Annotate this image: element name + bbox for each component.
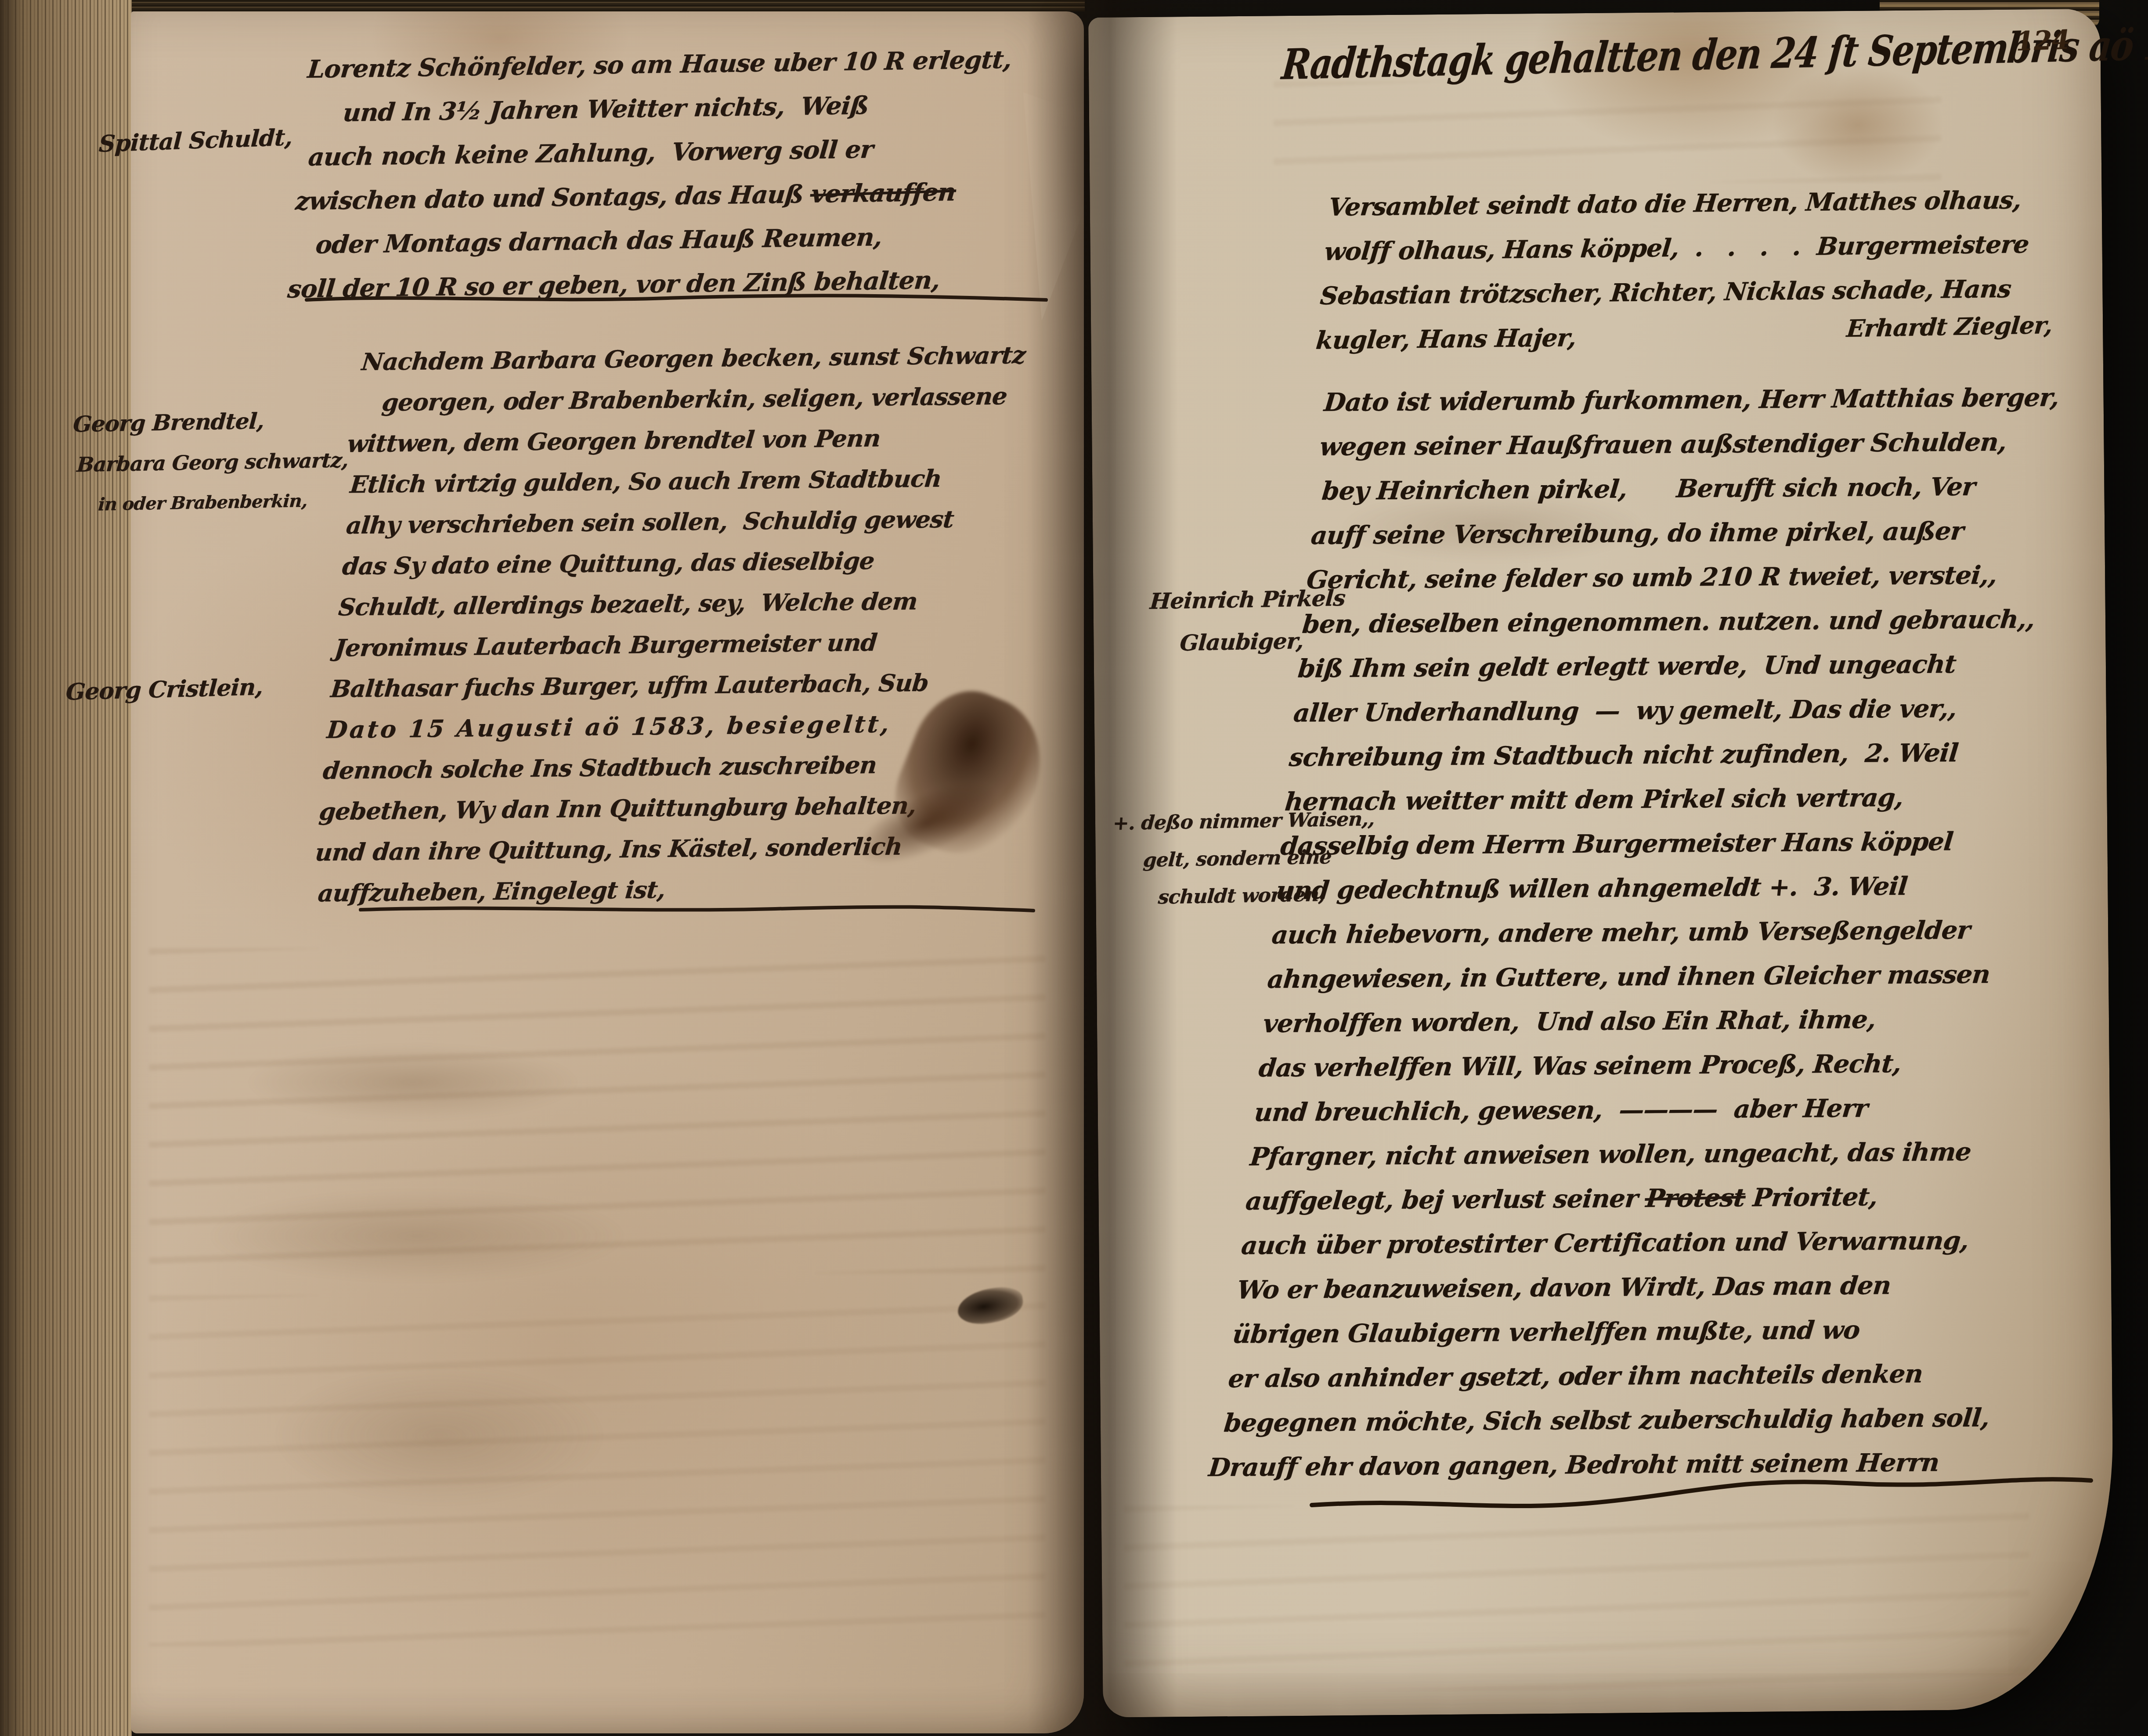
council-record-body: Dato ist widerumb furkommen, Herr Matthi…	[1217, 375, 2091, 1490]
closing-flourish	[1307, 1458, 2097, 1519]
text-line: georgen, oder Brabenberkin, seligen, ver…	[380, 375, 1023, 423]
text-line: Dato 15 Augusti aö 1583, besiegeltt,	[325, 702, 993, 750]
margin-note-georg-brendtel: Georg Brendtel,Barbara Georg schwartz,in…	[66, 399, 352, 525]
bleedthrough-right-top	[1274, 81, 1941, 182]
text-line: biß Ihm sein geldt erlegtt werde, Und un…	[1296, 641, 2065, 691]
margin-note-georg-cristlein: Georg Cristlein,	[65, 674, 264, 706]
text-line: und breuchlich, gewesen, ———— aber Herr	[1253, 1085, 2022, 1135]
text-line: Schuldt, allerdings bezaelt, sey, Welche…	[336, 580, 1004, 628]
text-line: Dato ist widerumb furkommen, Herr Matthi…	[1322, 375, 2091, 425]
text-line: begegnen möchte, Sich selbst zuberschuld…	[1222, 1395, 1991, 1445]
text-line: das Sy dato eine Quittung, das dieselbig…	[340, 539, 1008, 587]
text-line: dasselbig dem Herrn Burgermeister Hans k…	[1278, 819, 2048, 868]
text-line: Georg Cristlein,	[65, 674, 264, 706]
text-line: Jeronimus Lauterbach Burgermeister und	[333, 621, 1000, 669]
text-line: ben, dieselben eingenommen. nutzen. und …	[1300, 597, 2070, 646]
text-line: hernach weitter mitt dem Pirkel sich ver…	[1283, 774, 2052, 824]
folio-page-number: 124	[2015, 25, 2070, 57]
text-line: verholffen worden, Und also Ein Rhat, ih…	[1261, 996, 2030, 1046]
text-line: ahngewiesen, in Guttere, und ihnen Gleic…	[1265, 952, 2035, 1001]
text-line: in oder Brabenberkin,	[97, 480, 347, 525]
text-line: Pfargner, nicht anweisen wollen, ungeach…	[1248, 1129, 2018, 1179]
text-line: Versamblet seindt dato die Herren, Matth…	[1326, 178, 2035, 230]
text-line: alhy verschrieben sein sollen, Schuldig …	[344, 498, 1012, 546]
attendance-name-right: Erhardt Ziegler,	[1845, 311, 2054, 342]
text-line: das verhelffen Will, Was seinem Proceß, …	[1256, 1041, 2026, 1090]
book-fore-edge	[0, 0, 132, 1736]
text-line: Nachdem Barbara Georgen becken, sunst Sc…	[360, 335, 1027, 382]
text-line: Georg Brendtel,	[72, 399, 352, 444]
text-line: schreibung im Stadtbuch nicht zufinden, …	[1287, 730, 2057, 779]
bleedthrough-right-low	[1124, 1506, 2029, 1690]
separator-rule	[358, 899, 1036, 918]
text-line: Balthasar fuchs Burger, uffm Lauterbach,…	[329, 662, 996, 710]
bleedthrough-left-low	[149, 1295, 1045, 1646]
text-line: aller Underhandlung — wy gemelt, Das die…	[1292, 685, 2061, 735]
stain	[272, 1365, 606, 1506]
page-stack-top-edge	[132, 0, 1085, 11]
text-line: Etlich virtzig gulden, So auch Irem Stad…	[348, 457, 1016, 505]
left-page-paragraph-1: Lorentz Schönfelder, so am Hause uber 10…	[285, 38, 1013, 311]
text-line: auff seine Verschreibung, do ihme pirkel…	[1309, 508, 2078, 558]
text-line: Barbara Georg schwartz,	[76, 439, 350, 485]
stain	[246, 1045, 580, 1120]
text-line: wittwen, dem Georgen brendtel von Penn	[346, 416, 1020, 464]
text-line: auch über protestirter Certification und…	[1239, 1218, 2009, 1268]
text-line: und gedechtnuß willen ahngemeldt +. 3. W…	[1274, 863, 2043, 913]
text-line: auffgelegt, bej verlust seiner Protest P…	[1244, 1174, 2013, 1223]
text-line: übrigen Glaubigern verhelffen mußte, und…	[1231, 1307, 2000, 1356]
text-line: auch hiebevorn, andere mehr, umb Verseße…	[1270, 908, 2039, 957]
text-line: er also anhinder gsetzt, oder ihm nachte…	[1226, 1351, 1996, 1401]
stain	[206, 1190, 628, 1282]
separator-rule	[303, 288, 1050, 308]
text-line: Gericht, seine felder so umb 210 R tweie…	[1304, 552, 2074, 602]
text-line: wolff olhaus, Hans köppel, . . . . Burge…	[1322, 222, 2031, 274]
text-line: Wo er beanzuweisen, davon Wirdt, Das man…	[1235, 1262, 2004, 1312]
text-line: bey Heinrichen pirkel, Berufft sich noch…	[1320, 464, 2083, 513]
text-line: Sebastian trötzscher, Richter, Nicklas s…	[1318, 267, 2026, 318]
manuscript-book-scan: Spittal Schuldt, Lorentz Schönfelder, so…	[0, 0, 2148, 1736]
text-line: wegen seiner Haußfrauen außstendiger Sch…	[1318, 419, 2087, 469]
text-line: dennoch solche Ins Stadtbuch zuschreiben	[321, 743, 989, 791]
